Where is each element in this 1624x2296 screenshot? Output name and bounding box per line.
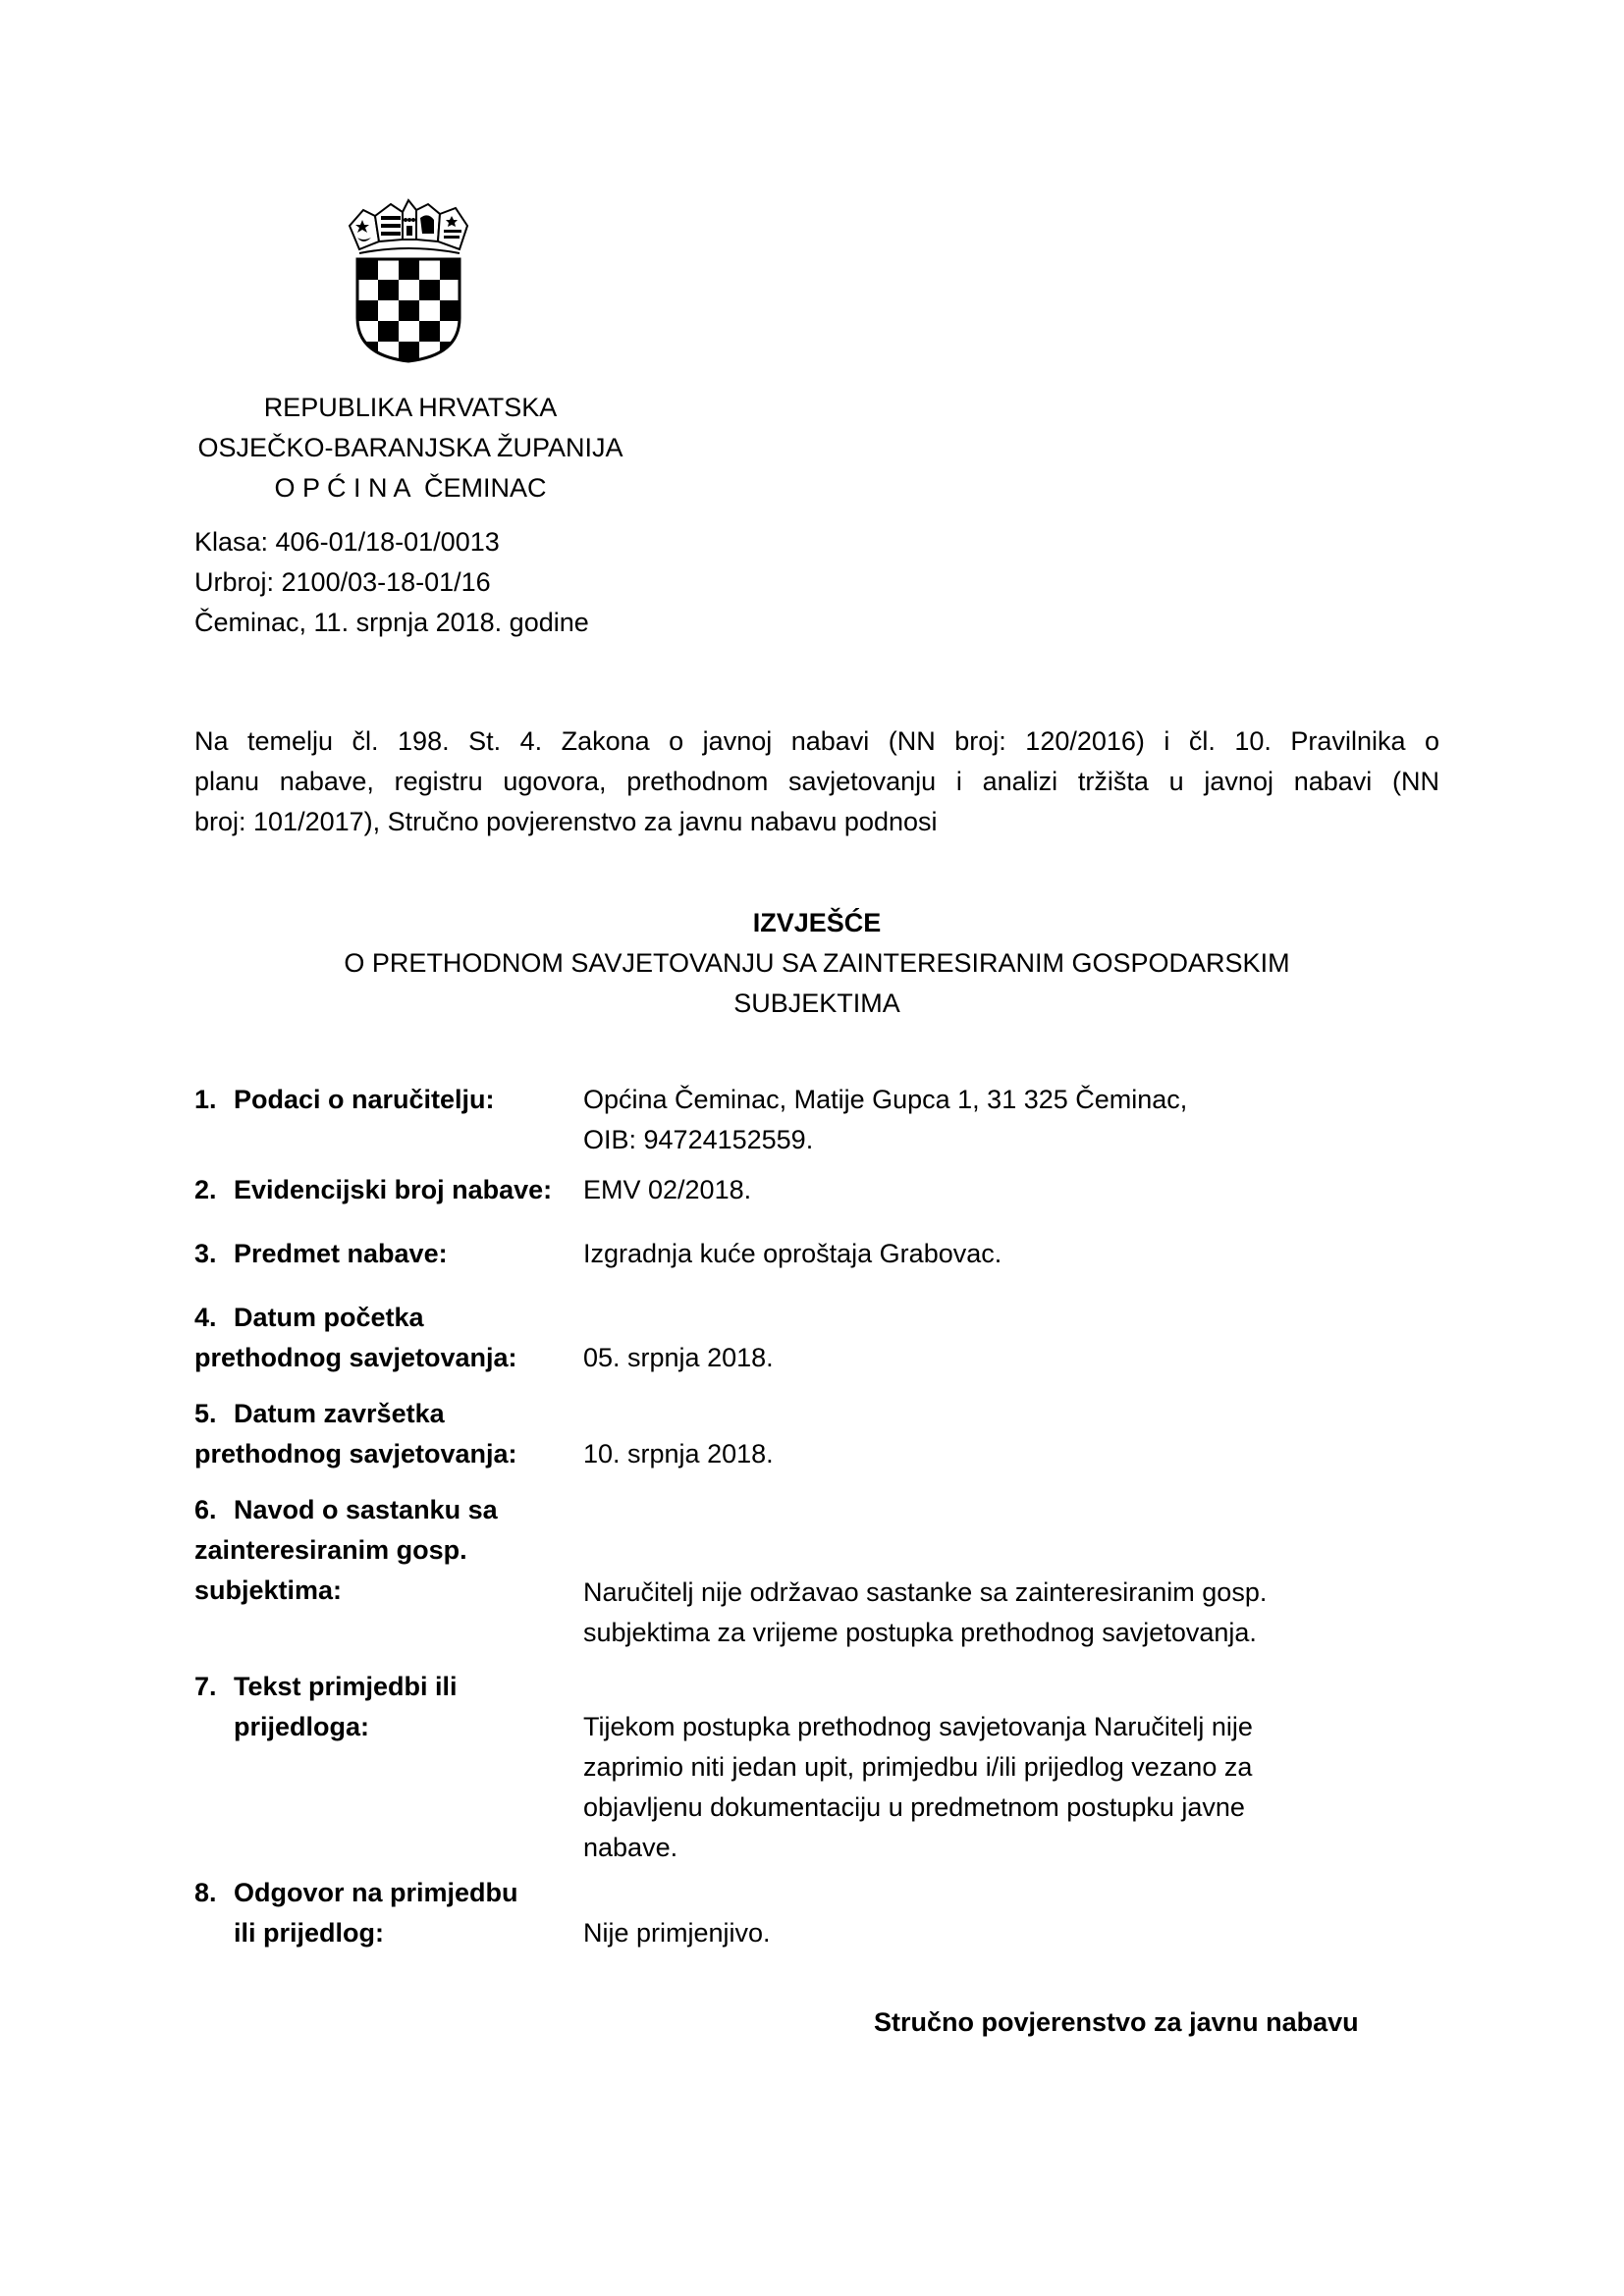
- item-value-line: objavljenu dokumentaciju u predmetnom po…: [583, 1788, 1428, 1828]
- item-value-line: Naručitelj nije održavao sastanke sa zai…: [583, 1573, 1428, 1613]
- urbroj: Urbroj: 2100/03-18-01/16: [194, 562, 589, 603]
- item-value: EMV 02/2018.: [583, 1170, 1428, 1210]
- report-title-main: IZVJEŠĆE: [194, 903, 1439, 943]
- item-value-line: OIB: 94724152559.: [583, 1120, 1428, 1160]
- item-value-line: Općina Čeminac, Matije Gupca 1, 31 325 Č…: [583, 1080, 1428, 1120]
- item-value: 05. srpnja 2018.: [583, 1338, 1428, 1378]
- item-value-line: Izgradnja kuće oproštaja Grabovac.: [583, 1234, 1428, 1274]
- intro-line: broj: 101/2017), Stručno povjerenstvo za…: [194, 802, 1439, 842]
- item-number: 4.: [194, 1298, 234, 1338]
- country-name: REPUBLIKA HRVATSKA: [194, 388, 626, 428]
- item-label: 5.Datum završetkaprethodnog savjetovanja…: [194, 1394, 577, 1474]
- item-label-text: subjektima:: [194, 1571, 577, 1611]
- item-label: 2.Evidencijski broj nabave:: [194, 1170, 577, 1210]
- item-value-line: nabave.: [583, 1828, 1428, 1868]
- item-number: 3.: [194, 1234, 234, 1274]
- report-title: IZVJEŠĆE O PRETHODNOM SAVJETOVANJU SA ZA…: [194, 903, 1439, 1024]
- item-label-text: Navod o sastanku sa: [234, 1495, 498, 1524]
- item-value: Općina Čeminac, Matije Gupca 1, 31 325 Č…: [583, 1080, 1428, 1160]
- item-value: Nije primjenjivo.: [583, 1913, 1428, 1953]
- croatian-coat-of-arms-icon: [346, 198, 471, 365]
- item-label-text: prijedloga:: [194, 1707, 577, 1747]
- municipality-name: O P Ć I N A ČEMINAC: [194, 468, 626, 508]
- item-value-line: Tijekom postupka prethodnog savjetovanja…: [583, 1707, 1428, 1747]
- item-label-text: ili prijedlog:: [194, 1913, 577, 1953]
- item-value-line: zaprimio niti jedan upit, primjedbu i/il…: [583, 1747, 1428, 1788]
- item-value-line: subjektima za vrijeme postupka prethodno…: [583, 1613, 1428, 1653]
- document-page: REPUBLIKA HRVATSKA OSJEČKO-BARANJSKA ŽUP…: [0, 0, 1624, 2296]
- item-label: 8.Odgovor na primjedbuili prijedlog:: [194, 1873, 577, 1953]
- item-label: 7.Tekst primjedbi iliprijedloga:: [194, 1667, 577, 1747]
- item-value: Tijekom postupka prethodnog savjetovanja…: [583, 1707, 1428, 1868]
- place-date: Čeminac, 11. srpnja 2018. godine: [194, 603, 589, 643]
- item-label-text: Podaci o naručitelju:: [234, 1085, 495, 1114]
- item-label: 1.Podaci o naručitelju:: [194, 1080, 577, 1120]
- item-number: 5.: [194, 1394, 234, 1434]
- item-number: 7.: [194, 1667, 234, 1707]
- item-value: Izgradnja kuće oproštaja Grabovac.: [583, 1234, 1428, 1274]
- item-label-text: Odgovor na primjedbu: [234, 1878, 518, 1907]
- item-label-text: prethodnog savjetovanja:: [194, 1434, 577, 1474]
- item-label-text: Tekst primjedbi ili: [234, 1672, 458, 1701]
- item-number: 2.: [194, 1170, 234, 1210]
- item-value: 10. srpnja 2018.: [583, 1434, 1428, 1474]
- item-value-line: 10. srpnja 2018.: [583, 1434, 1428, 1474]
- item-value-line: Nije primjenjivo.: [583, 1913, 1428, 1953]
- report-subtitle-line: SUBJEKTIMA: [194, 984, 1439, 1024]
- item-label: 3.Predmet nabave:: [194, 1234, 577, 1274]
- item-value: Naručitelj nije održavao sastanke sa zai…: [583, 1573, 1428, 1653]
- item-label-text: Datum završetka: [234, 1399, 445, 1428]
- item-label-text: Datum početka: [234, 1303, 424, 1332]
- intro-line: planu nabave, registru ugovora, prethodn…: [194, 762, 1439, 802]
- item-number: 1.: [194, 1080, 234, 1120]
- item-label: 4.Datum početkaprethodnog savjetovanja:: [194, 1298, 577, 1378]
- intro-paragraph: Na temelju čl. 198. St. 4. Zakona o javn…: [194, 721, 1439, 842]
- item-label-text: Predmet nabave:: [234, 1239, 448, 1268]
- item-number: 8.: [194, 1873, 234, 1913]
- klasa: Klasa: 406-01/18-01/0013: [194, 522, 589, 562]
- item-number: 6.: [194, 1490, 234, 1530]
- signature: Stručno povjerenstvo za javnu nabavu: [874, 2002, 1359, 2043]
- item-label-text: zainteresiranim gosp.: [194, 1530, 577, 1571]
- intro-line: Na temelju čl. 198. St. 4. Zakona o javn…: [194, 721, 1439, 762]
- letterhead: REPUBLIKA HRVATSKA OSJEČKO-BARANJSKA ŽUP…: [194, 388, 626, 508]
- item-label: 6.Navod o sastanku sazainteresiranim gos…: [194, 1490, 577, 1611]
- item-label-text: Evidencijski broj nabave:: [234, 1175, 552, 1204]
- reference-block: Klasa: 406-01/18-01/0013 Urbroj: 2100/03…: [194, 522, 589, 643]
- item-label-text: prethodnog savjetovanja:: [194, 1338, 577, 1378]
- item-value-line: EMV 02/2018.: [583, 1170, 1428, 1210]
- report-subtitle-line: O PRETHODNOM SAVJETOVANJU SA ZAINTERESIR…: [194, 943, 1439, 984]
- item-value-line: 05. srpnja 2018.: [583, 1338, 1428, 1378]
- county-name: OSJEČKO-BARANJSKA ŽUPANIJA: [194, 428, 626, 468]
